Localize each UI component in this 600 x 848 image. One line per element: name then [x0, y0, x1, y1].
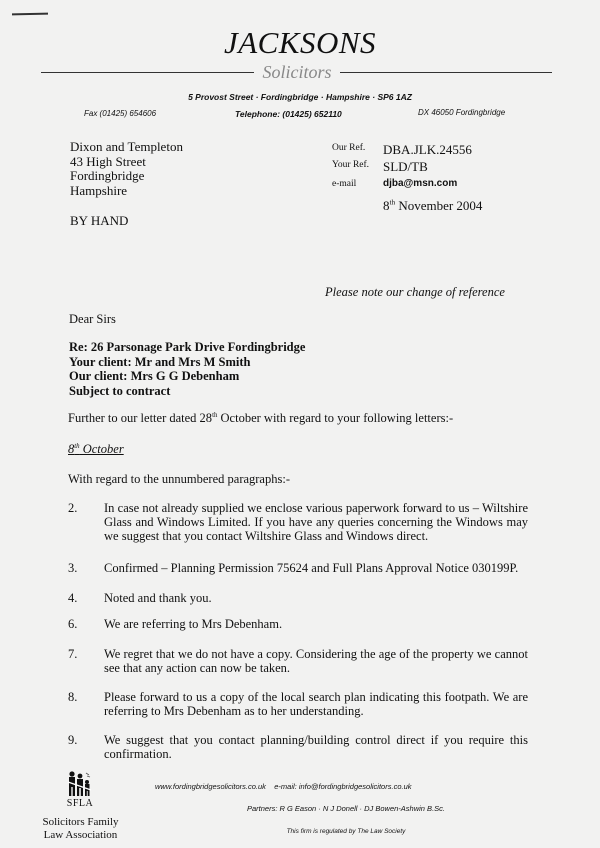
item-text: Noted and thank you.: [104, 591, 528, 605]
numbered-item: 3. Confirmed – Planning Permission 75624…: [68, 561, 528, 575]
website-link[interactable]: www.fordingbridgesolicitors.co.uk: [155, 782, 266, 791]
letter-date: 8th November 2004: [383, 198, 482, 214]
firm-name: JACKSONS: [0, 25, 600, 61]
salutation: Dear Sirs: [69, 312, 116, 327]
ref-date-rest: October: [80, 442, 124, 456]
item-number: 9.: [68, 733, 77, 747]
subject-line: Your client: Mr and Mrs M Smith: [69, 355, 305, 370]
intro-text-rest: October with regard to your following le…: [217, 411, 453, 425]
recipient-line: Dixon and Templeton: [70, 140, 183, 155]
numbered-item: 9. We suggest that you contact planning/…: [68, 733, 528, 761]
partners-list: Partners: R G Eason · N J Donell · DJ Bo…: [0, 804, 600, 813]
item-number: 2.: [68, 501, 77, 515]
recipient-line: 43 High Street: [70, 155, 183, 170]
header-rule-right: [340, 72, 552, 73]
scan-mark: [12, 13, 48, 16]
email-label: e-mail: [332, 179, 356, 189]
regulation-note: This firm is regulated by The Law Societ…: [0, 828, 600, 835]
item-number: 4.: [68, 591, 77, 605]
family-figures-icon: [66, 770, 94, 798]
our-ref-label: Our Ref.: [332, 143, 365, 153]
our-ref-value: DBA.JLK.24556: [383, 142, 472, 158]
email-value[interactable]: djba@msn.com: [383, 178, 457, 189]
item-number: 7.: [68, 647, 77, 661]
item-number: 3.: [68, 561, 77, 575]
item-text: We regret that we do not have a copy. Co…: [104, 647, 528, 675]
numbered-item: 6. We are referring to Mrs Debenham.: [68, 617, 528, 631]
item-number: 6.: [68, 617, 77, 631]
item-text: We are referring to Mrs Debenham.: [104, 617, 528, 631]
numbered-item: 7. We regret that we do not have a copy.…: [68, 647, 528, 675]
reference-change-note: Please note our change of reference: [325, 285, 505, 300]
delivery-method: BY HAND: [70, 213, 128, 229]
subject-block: Re: 26 Parsonage Park Drive Fordingbridg…: [69, 340, 305, 398]
numbered-item: 2. In case not already supplied we enclo…: [68, 501, 528, 543]
firm-subtitle: Solicitors: [254, 62, 340, 83]
intro-paragraph: Further to our letter dated 28th October…: [68, 411, 453, 426]
header-rule-left: [41, 72, 254, 73]
footer-contact: www.fordingbridgesolicitors.co.uk e-mail…: [155, 782, 412, 791]
date-rest: November 2004: [395, 198, 482, 213]
firm-address: 5 Provost Street · Fordingbridge · Hamps…: [0, 92, 600, 102]
your-ref-value: SLD/TB: [383, 159, 428, 175]
recipient-address: Dixon and Templeton 43 High Street Fordi…: [70, 140, 183, 198]
subject-line: Our client: Mrs G G Debenham: [69, 369, 305, 384]
recipient-line: Hampshire: [70, 184, 183, 199]
numbered-item: 4. Noted and thank you.: [68, 591, 528, 605]
unnumbered-intro: With regard to the unnumbered paragraphs…: [68, 472, 290, 487]
item-text: Please forward to us a copy of the local…: [104, 690, 528, 718]
firm-telephone: Telephone: (01425) 652110: [235, 109, 342, 119]
intro-text: Further to our letter dated 28: [68, 411, 212, 425]
subject-line: Subject to contract: [69, 384, 305, 399]
footer-email-link[interactable]: e-mail: info@fordingbridgesolicitors.co.…: [274, 782, 411, 791]
your-ref-label: Your Ref.: [332, 160, 369, 170]
letter-reference-date: 8th October: [68, 442, 124, 457]
item-number: 8.: [68, 690, 77, 704]
item-text: Confirmed – Planning Permission 75624 an…: [104, 561, 528, 575]
firm-dx: DX 46050 Fordingbridge: [418, 108, 505, 117]
recipient-line: Fordingbridge: [70, 169, 183, 184]
firm-fax: Fax (01425) 654606: [84, 109, 156, 118]
item-text: We suggest that you contact planning/bui…: [104, 733, 528, 761]
item-text: In case not already supplied we enclose …: [104, 501, 528, 543]
numbered-item: 8. Please forward to us a copy of the lo…: [68, 690, 528, 718]
subject-line: Re: 26 Parsonage Park Drive Fordingbridg…: [69, 340, 305, 355]
